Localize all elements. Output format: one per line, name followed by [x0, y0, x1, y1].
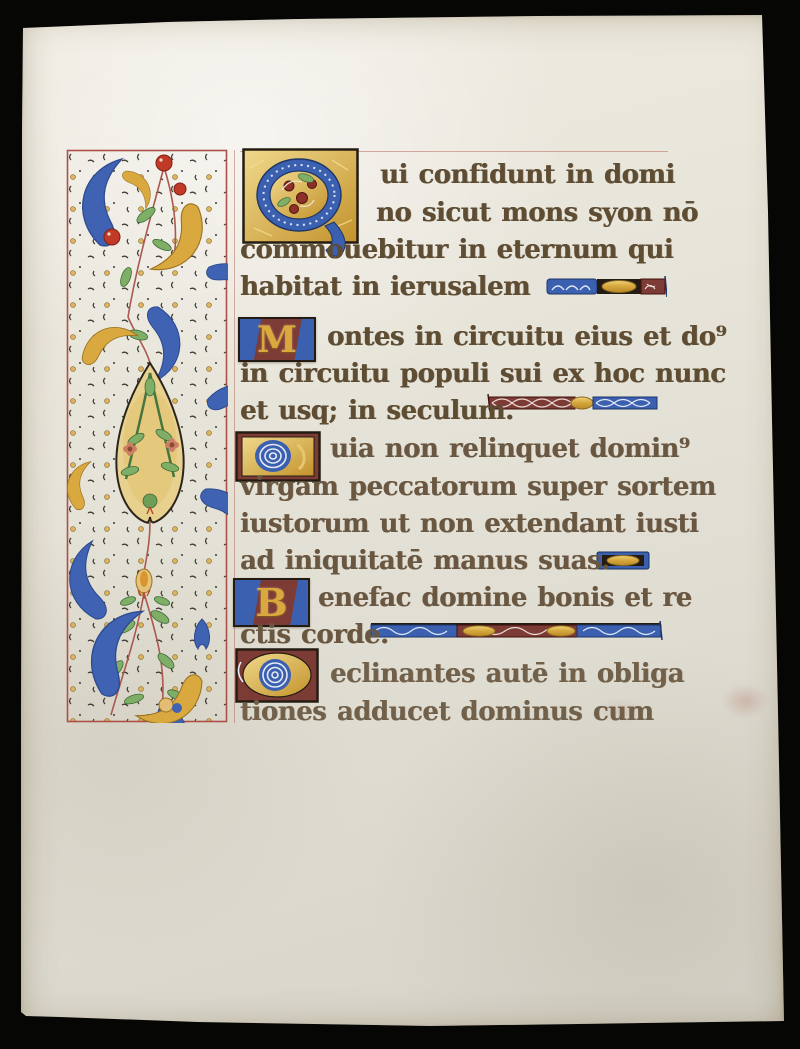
- text-line: ad iniquitatē manus suas.: [240, 546, 610, 577]
- manuscript-photo: M B: [0, 0, 800, 1049]
- text-line: virgam peccatorum super sortem: [240, 472, 716, 503]
- text-line: uia non relinquet domin⁹: [330, 434, 690, 465]
- line-filler-1: [546, 276, 667, 297]
- text-line: ctis corde.: [240, 620, 389, 651]
- floral-border-artwork: [66, 149, 228, 723]
- text-line: ontes in circuitu eius et do⁹: [327, 322, 726, 353]
- text-line: habitat in ierusalem: [240, 272, 530, 303]
- initial-m-artwork: M: [238, 317, 316, 362]
- text-line: ui confidunt in domi: [380, 160, 675, 191]
- text-line: enefac domine bonis et re: [318, 583, 692, 614]
- text-line: tiones adducet dominus cum: [240, 697, 654, 728]
- text-line: in circuitu populi sui ex hoc nunc: [240, 359, 725, 390]
- text-line: et usq; in seculum.: [240, 396, 514, 427]
- initial-b-letter: B: [255, 584, 287, 622]
- line-filler-4: [369, 620, 663, 641]
- initial-d-artwork: [235, 648, 319, 703]
- text-line: no sicut mons syon nō: [376, 198, 698, 229]
- text-line: eclinantes autē in obliga: [330, 659, 684, 690]
- initial-m-letter: M: [257, 322, 297, 358]
- text-line: commouebitur in eternum qui: [240, 235, 673, 266]
- red-stain: [722, 684, 768, 718]
- faint-stain: [598, 700, 644, 722]
- text-line: iustorum ut non extendant iusti: [240, 509, 698, 540]
